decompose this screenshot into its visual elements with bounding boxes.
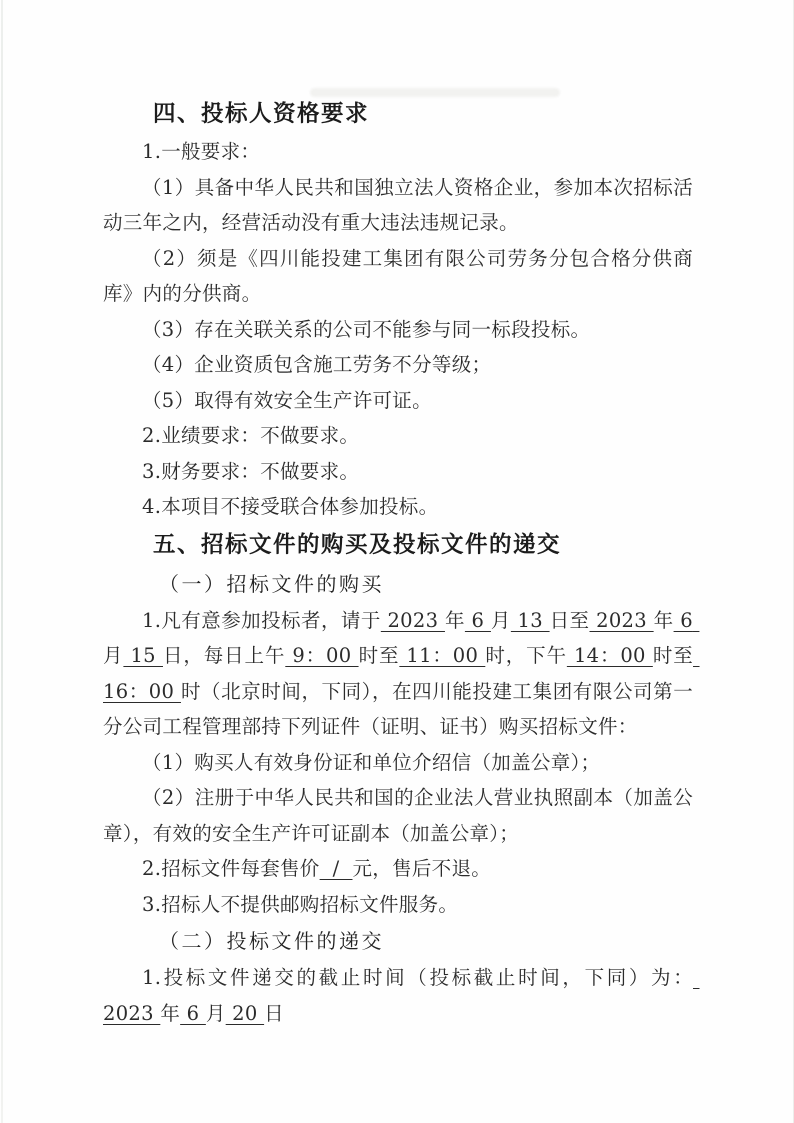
- text-run: 3.招标人不提供邮购招标文件服务。: [142, 893, 458, 916]
- text-run: 月: [491, 609, 511, 632]
- para-req-4: （4）企业资质包含施工劳务不分等级；: [103, 347, 693, 383]
- text-run: 1.投标文件递交的截止时间（投标截止时间，下同）为：: [142, 966, 693, 989]
- text-run: 3.财务要求：不做要求。: [142, 460, 359, 483]
- underlined-value: 6: [180, 1002, 206, 1025]
- scan-edge-artifact-left: [1, 0, 3, 1123]
- heading-section-4: 四、投标人资格要求: [153, 94, 693, 134]
- underlined-value: 6: [674, 609, 700, 632]
- text-run: 年: [160, 1002, 180, 1025]
- underlined-value: 15: [123, 644, 163, 667]
- text-run: 日至: [550, 609, 590, 632]
- text-run: （3）存在关联关系的公司不能参与同一标段投标。: [142, 318, 590, 341]
- underlined-value: 11：00: [399, 644, 485, 667]
- text-run: 五、招标文件的购买及投标文件的递交: [153, 532, 561, 557]
- underlined-value: 6: [465, 609, 491, 632]
- para-purchase-doc-1: （1）购买人有效身份证和单位介绍信（加盖公章）；: [103, 745, 693, 781]
- text-run: （一）招标文件的购买: [159, 572, 384, 596]
- underlined-value: 14：00: [567, 644, 653, 667]
- underlined-value: 20: [226, 1002, 264, 1025]
- underlined-value: 9：00: [285, 644, 358, 667]
- text-run: （2）须是《四川能投建工集团有限公司劳务分包合格分供商库》内的分供商。: [103, 247, 693, 306]
- para-deadline: 1.投标文件递交的截止时间（投标截止时间，下同）为： 2023 年 6 月 20…: [103, 960, 693, 1031]
- para-no-consortium: 4.本项目不接受联合体参加投标。: [103, 489, 693, 525]
- para-req-1: （1）具备中华人民共和国独立法人资格企业，参加本次招标活动三年之内，经营活动没有…: [103, 170, 693, 241]
- text-run: 时，下午: [485, 644, 567, 667]
- document-page: 四、投标人资格要求 1.一般要求： （1）具备中华人民共和国独立法人资格企业，参…: [0, 0, 794, 1123]
- text-run: 2.业绩要求：不做要求。: [142, 424, 359, 447]
- text-run: （5）取得有效安全生产许可证。: [142, 389, 432, 412]
- text-run: 2.招标文件每套售价: [142, 857, 320, 880]
- text-run: 年: [445, 609, 465, 632]
- text-run: 4.本项目不接受联合体参加投标。: [142, 495, 438, 518]
- para-purchase-doc-2: （2）注册于中华人民共和国的企业法人营业执照副本（加盖公章），有效的安全生产许可…: [103, 780, 693, 851]
- text-run: 日，每日上午: [163, 644, 285, 667]
- text-run: 1.一般要求：: [142, 140, 260, 163]
- text-run: 元，售后不退。: [352, 857, 491, 880]
- text-run: 四、投标人资格要求: [153, 101, 369, 126]
- underlined-value: 13: [511, 609, 550, 632]
- para-no-mail-order: 3.招标人不提供邮购招标文件服务。: [103, 887, 693, 923]
- text-run: 时至: [653, 644, 693, 667]
- text-run: 月: [103, 644, 123, 667]
- para-purchase-time: 1.凡有意参加投标者，请于 2023 年 6 月 13 日至 2023 年 6 …: [103, 603, 693, 745]
- underlined-value: /: [320, 857, 353, 880]
- underlined-value: 2023: [590, 609, 654, 632]
- text-run: （1）具备中华人民共和国独立法人资格企业，参加本次招标活动三年之内，经营活动没有…: [103, 176, 693, 235]
- para-general-requirements: 1.一般要求：: [103, 134, 693, 170]
- para-price: 2.招标文件每套售价 / 元，售后不退。: [103, 851, 693, 887]
- text-run: （二）投标文件的递交: [159, 929, 384, 953]
- text-run: （4）企业资质包含施工劳务不分等级；: [142, 353, 491, 376]
- document-content: 四、投标人资格要求 1.一般要求： （1）具备中华人民共和国独立法人资格企业，参…: [103, 94, 693, 1031]
- text-run: 年: [654, 609, 674, 632]
- text-run: 时（北京时间，下同），在四川能投建工集团有限公司第一分公司工程管理部持下列证件（…: [103, 680, 693, 739]
- subheading-purchase: （一）招标文件的购买: [159, 565, 693, 603]
- para-req-3: （3）存在关联关系的公司不能参与同一标段投标。: [103, 312, 693, 348]
- subheading-submission: （二）投标文件的递交: [159, 922, 693, 960]
- text-run: 日: [264, 1002, 284, 1025]
- text-run: 时至: [359, 644, 400, 667]
- para-req-5: （5）取得有效安全生产许可证。: [103, 383, 693, 419]
- para-financial-req: 3.财务要求：不做要求。: [103, 454, 693, 490]
- heading-section-5: 五、招标文件的购买及投标文件的递交: [153, 525, 693, 565]
- underlined-value: 2023: [381, 609, 445, 632]
- text-run: 1.凡有意参加投标者，请于: [142, 609, 381, 632]
- text-run: 月: [206, 1002, 226, 1025]
- text-run: （1）购买人有效身份证和单位介绍信（加盖公章）；: [142, 751, 600, 774]
- para-performance-req: 2.业绩要求：不做要求。: [103, 418, 693, 454]
- para-req-2: （2）须是《四川能投建工集团有限公司劳务分包合格分供商库》内的分供商。: [103, 241, 693, 312]
- text-run: （2）注册于中华人民共和国的企业法人营业执照副本（加盖公章），有效的安全生产许可…: [103, 786, 693, 845]
